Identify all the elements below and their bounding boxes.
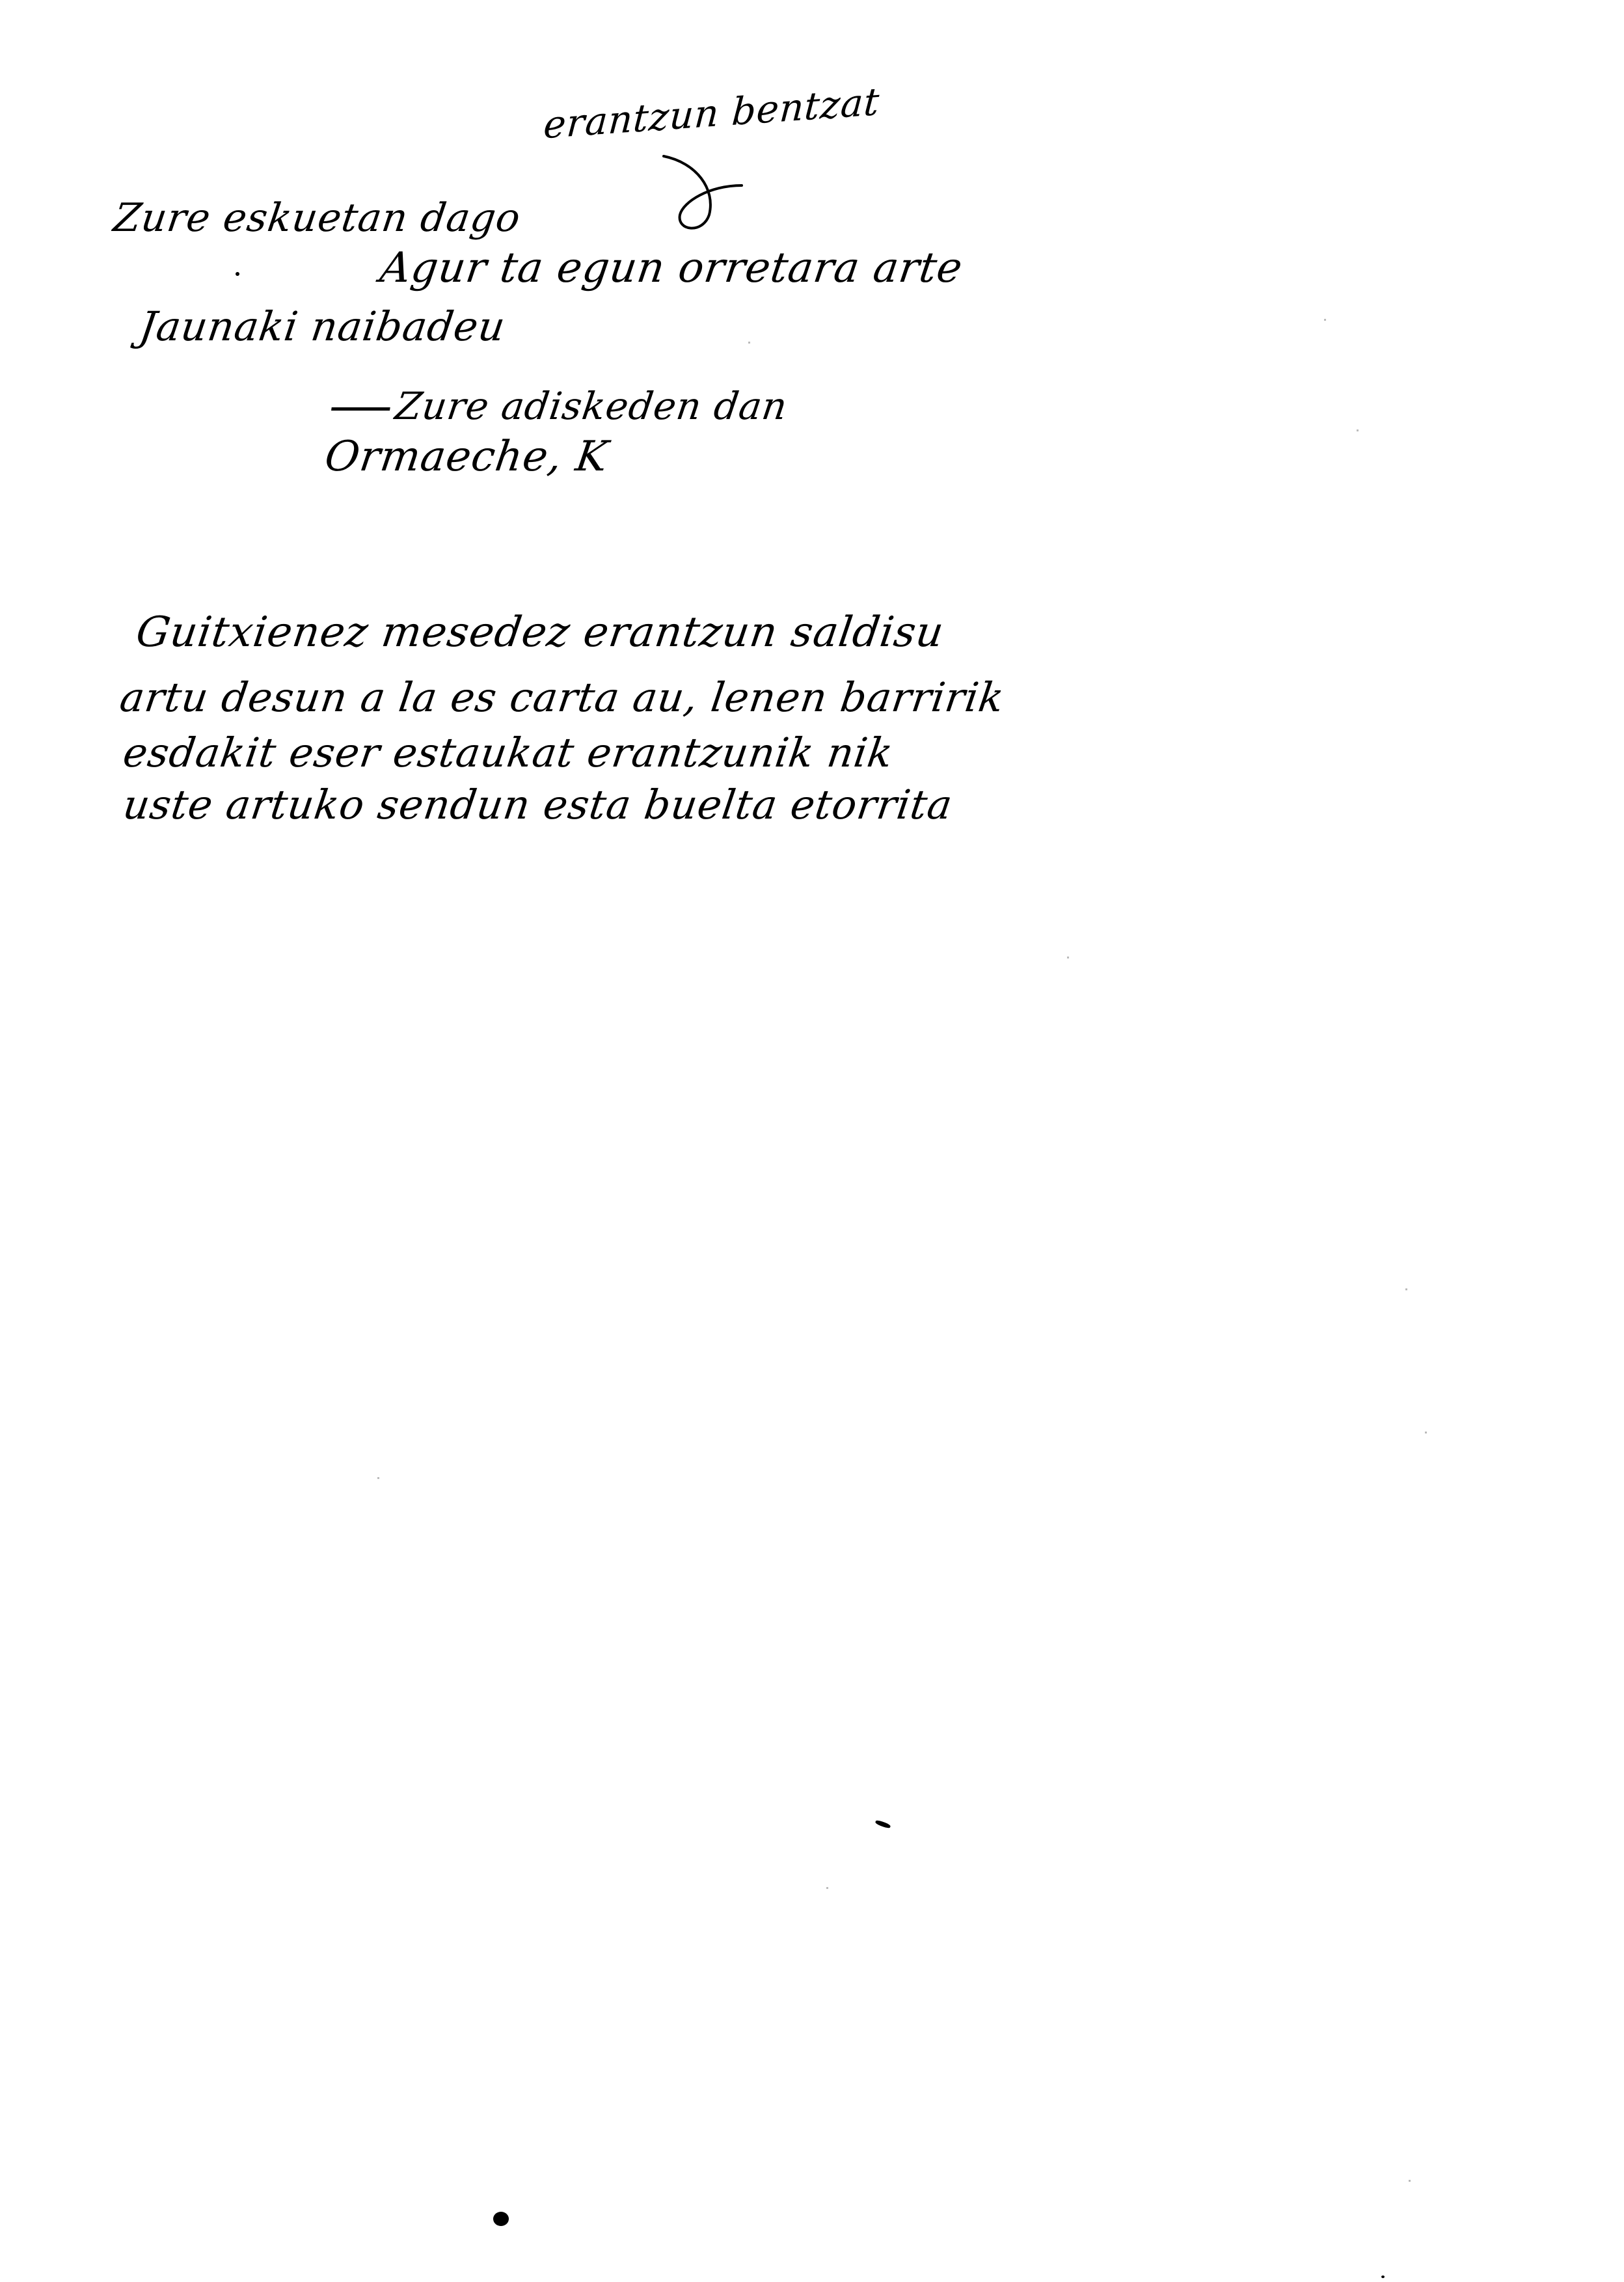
scan-speck xyxy=(1405,1288,1407,1290)
postscript-line-2: artu desun a la es carta au, lenen barri… xyxy=(117,673,1007,721)
scan-speck xyxy=(1425,1432,1427,1433)
postscript-line-4: uste artuko sendun esta buelta etorrita xyxy=(120,781,956,828)
postscript-line-3: esdakit eser estaukat erantzunik nik xyxy=(120,729,897,776)
dash-mark xyxy=(331,407,390,411)
closing-line-1: Zure eskuetan dago xyxy=(111,195,524,241)
closing-line-4-text: Zure adiskeden dan xyxy=(392,384,790,428)
closing-line-2: Agur ta egun orretara arte xyxy=(377,244,966,292)
closing-line-3: Jaunaki naibadeu xyxy=(137,303,509,350)
postscript-line-1: Guitxienez mesedez erantzun saldisu xyxy=(133,608,947,657)
scan-speck xyxy=(377,1477,379,1479)
scan-speck xyxy=(1357,429,1359,431)
scan-speck xyxy=(1381,2275,1385,2278)
scan-speck xyxy=(748,342,750,344)
ink-blot xyxy=(493,2212,509,2226)
scan-speck xyxy=(1324,319,1326,321)
ink-smudge xyxy=(875,1819,891,1829)
closing-line-4: Zure adiskeden dan xyxy=(329,384,790,428)
scan-speck xyxy=(1409,2180,1411,2182)
header-note: erantzun bentzat xyxy=(542,79,881,148)
scan-speck xyxy=(826,1887,828,1889)
scanned-letter-page: erantzun bentzat Zure eskuetan dago Agur… xyxy=(0,0,1624,2282)
ink-dot xyxy=(236,272,239,276)
flourish-mark xyxy=(657,150,748,234)
signature: Ormaeche, K xyxy=(322,433,612,481)
scan-speck xyxy=(1067,957,1069,958)
